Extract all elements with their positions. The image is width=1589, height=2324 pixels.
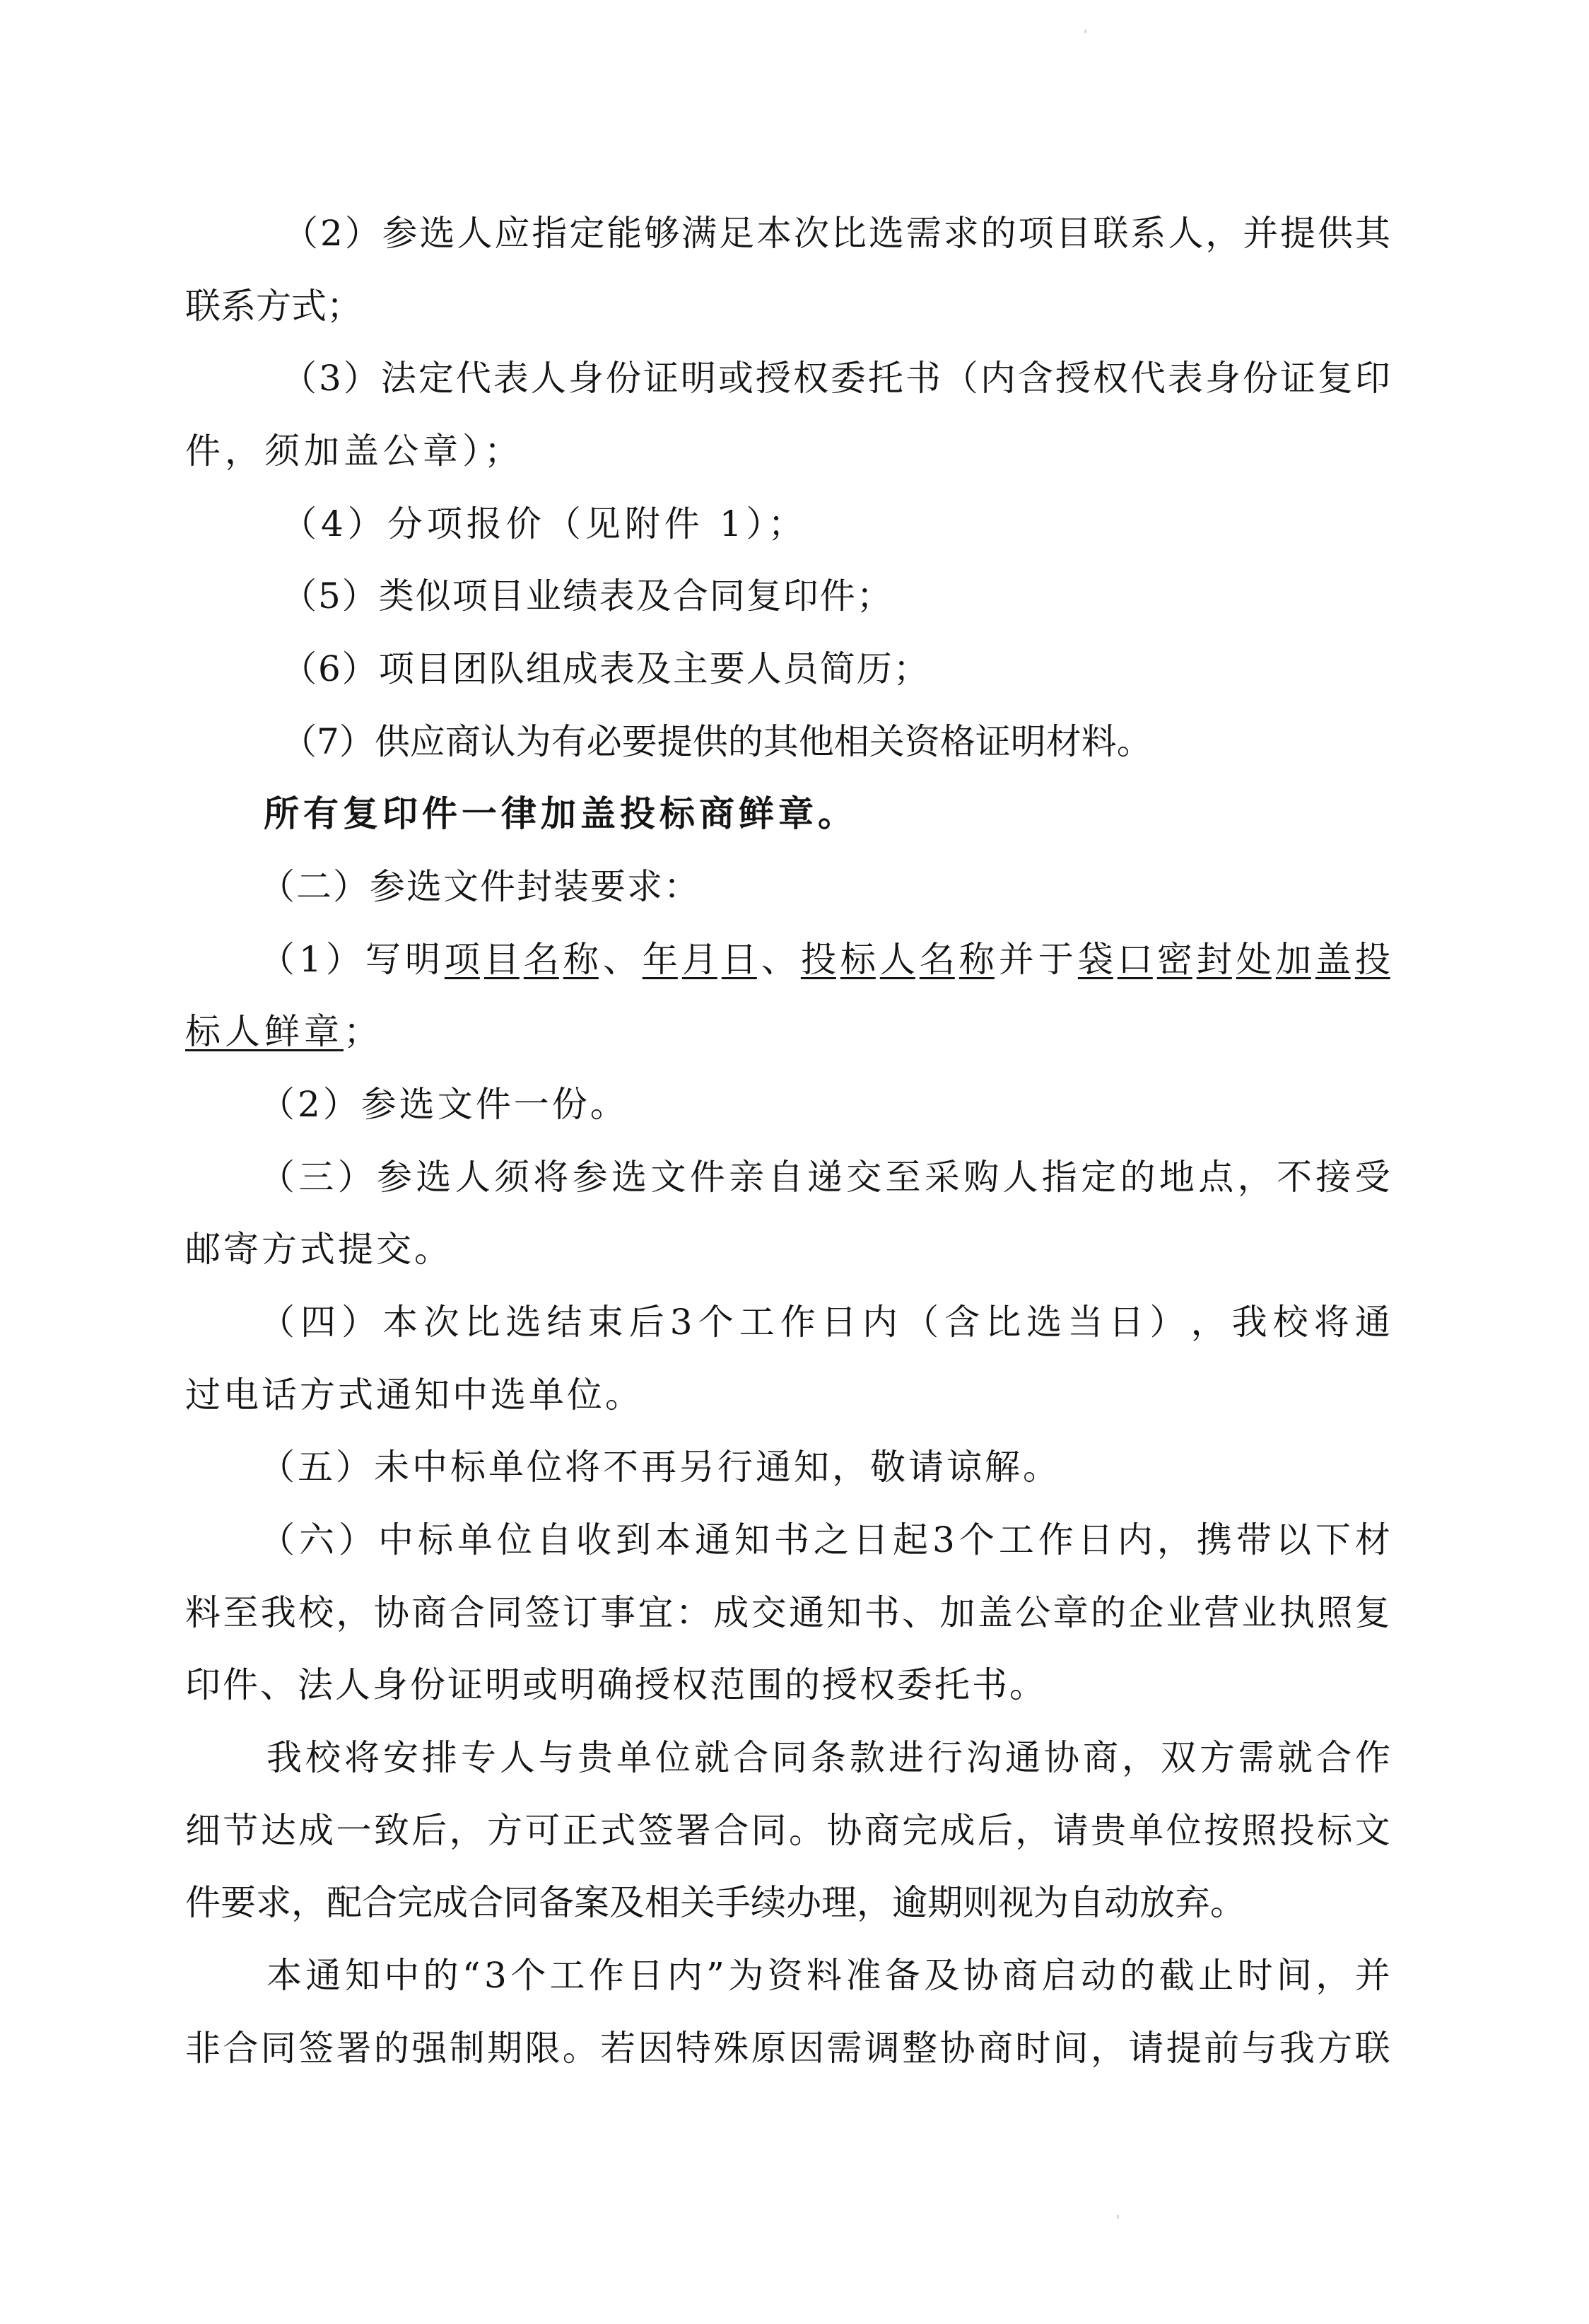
glyph: ） (1150, 1297, 1185, 1347)
glyph: 3 (932, 1515, 955, 1565)
glyph: （ (259, 1297, 295, 1347)
glyph: 工 (739, 1297, 775, 1347)
glyph: 工 (999, 1515, 1034, 1565)
glyph: 标 (418, 1515, 453, 1565)
glyph: 将 (344, 1733, 380, 1782)
glyph: 联 (1355, 2024, 1390, 2073)
glyph: 的 (1120, 1951, 1155, 2000)
glyph: 选 (416, 1152, 451, 1202)
glyph: 沟 (966, 1733, 1002, 1782)
glyph: ） (341, 1297, 377, 1347)
glyph: 可 (524, 1806, 560, 1855)
glyph: 提 (1280, 209, 1315, 258)
glyph: 求 (944, 209, 979, 258)
text: ； (344, 1011, 383, 1052)
glyph: 营 (1204, 1588, 1239, 1637)
glyph: 个 (698, 1297, 734, 1347)
glyph: 协 (374, 1588, 409, 1637)
glyph: 一 (336, 1806, 372, 1855)
glyph: 通 (695, 1515, 730, 1565)
item-2-contact-person: （2）参选人应指定能够满足本次比选需求的项目联系人，并提供其 (283, 209, 1390, 258)
glyph: 双 (1161, 1733, 1196, 1782)
glyph: 的 (374, 2024, 409, 2073)
stamp-requirement-note: 所有复印件一律加盖投标商鲜章。 (264, 789, 857, 839)
glyph: 于 (1038, 935, 1074, 984)
glyph: 本 (382, 1297, 418, 1347)
glyph: 协 (963, 1951, 999, 2000)
glyph: 方 (1317, 2024, 1352, 2073)
glyph: 制 (450, 2024, 485, 2073)
glyph: 与 (1242, 2024, 1277, 2073)
glyph: 若 (600, 2024, 635, 2073)
glyph: 启 (1041, 1951, 1077, 2000)
glyph: 接 (1315, 1152, 1351, 1202)
glyph: 、 (902, 1588, 937, 1637)
contract-negotiation-para: 我校将安排专人与贵单位就合同条款进行沟通协商，双方需就合作 (266, 1733, 1390, 1782)
glyph: 并 (1355, 1951, 1390, 2000)
glyph: 截 (1159, 1951, 1195, 2000)
glyph: 或 (718, 354, 754, 403)
glyph: 日 (853, 1515, 889, 1565)
glyph: 协 (1044, 1733, 1079, 1782)
glyph: 工 (550, 1951, 585, 2000)
glyph: ， (1157, 1515, 1192, 1565)
glyph: 方 (487, 1806, 522, 1855)
glyph: 选 (611, 1152, 647, 1202)
glyph: 至 (886, 1152, 921, 1202)
glyph: 达 (261, 1806, 296, 1855)
glyph: 后 (978, 1806, 1013, 1855)
glyph: 选 (869, 209, 904, 258)
glyph: 通 (305, 1951, 341, 2000)
glyph: （ (259, 935, 295, 984)
glyph: 原 (751, 2024, 787, 2073)
glyph: 材 (1355, 1515, 1390, 1565)
glyph: 本 (266, 1951, 302, 2000)
glyph: 足 (719, 209, 754, 258)
section-6-winning-bidder-cont-2: 印件、法人身份证明或明确授权范围的授权委托书。 (185, 1660, 1047, 1710)
glyph: 人 (455, 1152, 491, 1202)
glyph: 亲 (729, 1152, 764, 1202)
glyph: 业 (1242, 1588, 1277, 1637)
glyph: 协 (940, 2024, 975, 2073)
glyph: 参 (377, 1152, 412, 1202)
glyph: 带 (1236, 1515, 1272, 1565)
glyph: ， (336, 1588, 372, 1637)
glyph: 含 (1018, 354, 1053, 403)
glyph: 我 (1232, 1297, 1267, 1347)
underlined-glyph: 日 (722, 935, 757, 984)
glyph: 安 (383, 1733, 418, 1782)
glyph: 合 (450, 1588, 485, 1637)
glyph: 个 (510, 1951, 546, 2000)
glyph: 人 (500, 1733, 535, 1782)
glyph: 单 (1128, 1806, 1163, 1855)
glyph: 通 (1005, 1733, 1040, 1782)
glyph: 代 (456, 354, 491, 403)
underlined-glyph: 称 (563, 935, 599, 984)
underlined-glyph: 标 (840, 935, 876, 984)
glyph: 并 (1243, 209, 1278, 258)
section-3-delivery: （三）参选人须将参选文件亲自递交至采购人指定的地点，不接受 (259, 1152, 1390, 1202)
glyph: 完 (902, 1806, 937, 1855)
glyph: ， (1122, 1733, 1157, 1782)
glyph: 日 (821, 1297, 857, 1347)
glyph: 为 (728, 1951, 763, 2000)
glyph: 期 (487, 2024, 522, 2073)
glyph: 1 (299, 935, 322, 984)
glyph: 止 (1198, 1951, 1233, 2000)
glyph: 特 (676, 2024, 711, 2073)
glyph: 作 (780, 1297, 816, 1347)
section-4-notification: （四）本次比选结束后3个工作日内（含比选当日），我校将通 (259, 1297, 1390, 1347)
glyph: 盖 (978, 1588, 1013, 1637)
glyph: 内 (980, 354, 1016, 403)
glyph: 正 (563, 1806, 598, 1855)
glyph: 定 (418, 354, 454, 403)
glyph: 行 (927, 1733, 963, 1782)
glyph: 次 (423, 1297, 459, 1347)
underlined-glyph: 投 (801, 935, 836, 984)
glyph: 校 (298, 1588, 334, 1637)
glyph: ） (338, 1152, 373, 1202)
glyph: 3 (319, 354, 341, 403)
glyph: 照 (1242, 1806, 1277, 1855)
scan-speck (1117, 2215, 1119, 2219)
glyph: 调 (864, 2024, 900, 2073)
glyph: 须 (494, 1152, 529, 1202)
glyph: 知 (345, 1951, 380, 2000)
underlined-glyph: 封 (1197, 935, 1232, 984)
glyph: 企 (1128, 1588, 1163, 1637)
glyph: 起 (893, 1515, 928, 1565)
glyph: 证 (643, 354, 679, 403)
glyph: 并 (999, 935, 1034, 984)
underlined-glyph: 投 (1355, 935, 1390, 984)
glyph: 细 (185, 1806, 221, 1855)
glyph: 式 (600, 1806, 635, 1855)
underlined-glyph: 名 (524, 935, 559, 984)
glyph: 不 (1277, 1152, 1312, 1202)
glyph: 条 (811, 1733, 846, 1782)
glyph: 供 (1318, 209, 1353, 258)
underlined-text: 标人鲜章 (185, 1011, 344, 1052)
glyph: 成 (940, 1806, 975, 1855)
glyph: 法 (381, 354, 416, 403)
glyph: ） (344, 354, 379, 403)
packaging-item-1-cont: 标人鲜章； (185, 1007, 383, 1056)
glyph: 份 (606, 354, 641, 403)
item-4-pricing: （4）分项报价（见附件 1）； (281, 499, 808, 549)
glyph: 参 (382, 209, 418, 258)
glyph: 我 (1279, 2024, 1315, 2073)
glyph: 比 (985, 1297, 1021, 1347)
glyph: 成 (298, 1806, 334, 1855)
glyph: 当 (1067, 1297, 1103, 1347)
glyph: 的 (1091, 1588, 1126, 1637)
glyph: 文 (1355, 1806, 1390, 1855)
glyph: 事 (600, 1588, 635, 1637)
glyph: 就 (1277, 1733, 1313, 1782)
glyph: 节 (223, 1806, 258, 1855)
glyph: 料 (185, 1588, 221, 1637)
glyph: 签 (638, 1806, 674, 1855)
glyph: 明 (681, 354, 716, 403)
glyph: 2 (320, 209, 343, 258)
underlined-glyph: 盖 (1315, 935, 1351, 984)
glyph: 同 (772, 1733, 807, 1782)
glyph: 内 (667, 1951, 703, 2000)
glyph: 需 (1238, 1733, 1274, 1782)
glyph: ， (1091, 2024, 1126, 2073)
glyph: 准 (845, 1951, 881, 2000)
glyph: 选 (505, 1297, 541, 1347)
glyph: 提 (1166, 2024, 1202, 2073)
glyph: 选 (1026, 1297, 1062, 1347)
glyph: 自 (768, 1152, 803, 1202)
glyph: “ (462, 1951, 481, 2000)
glyph: 同 (487, 1588, 522, 1637)
glyph: 授 (756, 354, 791, 403)
glyph: 下 (1315, 1515, 1351, 1565)
glyph: 本 (756, 209, 792, 258)
glyph: 日 (628, 1951, 663, 2000)
glyph: 同 (751, 1806, 787, 1855)
glyph: 作 (589, 1951, 624, 2000)
item-3-legal-rep: （3）法定代表人身份证明或授权委托书（内含授权代表身份证复印 (281, 354, 1390, 403)
glyph: 订 (563, 1588, 598, 1637)
glyph: 进 (889, 1733, 924, 1782)
glyph: ， (450, 1806, 485, 1855)
glyph: 按 (1204, 1806, 1239, 1855)
glyph: 受 (1355, 1152, 1390, 1202)
glyph: ） (326, 935, 361, 984)
glyph: 3 (670, 1297, 693, 1347)
glyph: 前 (1204, 2024, 1239, 2073)
glyph: （ (903, 1297, 939, 1347)
glyph: 次 (794, 209, 829, 258)
glyph: 将 (533, 1152, 568, 1202)
glyph: 知 (734, 1515, 770, 1565)
underlined-glyph: 年 (643, 935, 678, 984)
glyph: 位 (655, 1733, 691, 1782)
glyph: ） (345, 209, 380, 258)
glyph: 到 (616, 1515, 651, 1565)
glyph: 人 (1168, 209, 1203, 258)
glyph: 强 (411, 2024, 447, 2073)
glyph: 中 (384, 1951, 419, 2000)
glyph: 身 (568, 354, 604, 403)
glyph: 及 (924, 1951, 959, 2000)
glyph: 宜 (638, 1588, 674, 1637)
glyph: 其 (1355, 209, 1390, 258)
glyph: 后 (629, 1297, 664, 1347)
glyph: 非 (185, 2024, 221, 2073)
glyph: 购 (963, 1152, 999, 1202)
glyph: 文 (650, 1152, 686, 1202)
glyph: 、 (603, 935, 638, 984)
glyph: 采 (925, 1152, 960, 1202)
glyph: 的 (981, 209, 1016, 258)
glyph: 署 (676, 1806, 711, 1855)
glyph: 份 (1243, 354, 1278, 403)
glyph: 人 (531, 354, 566, 403)
section-6-winning-bidder: （六）中标单位自收到本通知书之日起3个工作日内，携带以下材 (259, 1515, 1390, 1565)
glyph: 能 (606, 209, 642, 258)
glyph: 地 (1159, 1152, 1195, 1202)
glyph: （ (943, 354, 978, 403)
glyph: 的 (423, 1951, 459, 2000)
item-6-team: （6）项目团队组成表及主要人员简历； (281, 644, 930, 694)
deadline-clarification-para: 本通知中的“3个工作日内”为资料准备及协商启动的截止时间，并 (266, 1951, 1390, 2000)
underlined-glyph: 目 (484, 935, 520, 984)
scan-speck (1084, 30, 1086, 33)
underlined-glyph: 称 (959, 935, 995, 984)
glyph: 定 (1081, 1152, 1116, 1202)
glyph: 校 (305, 1733, 341, 1782)
item-5-performance: （5）类似项目业绩表及合同复印件； (281, 571, 893, 621)
glyph: 商 (411, 1588, 447, 1637)
glyph: 身 (1205, 354, 1241, 403)
section-5-unsuccessful: （五）未中标单位将不再另行通知，敬请谅解。 (259, 1442, 1061, 1492)
glyph: 单 (457, 1515, 493, 1565)
glyph: 比 (831, 209, 867, 258)
glyph: 参 (573, 1152, 608, 1202)
glyph: 合 (733, 1733, 768, 1782)
glyph: 六 (299, 1515, 334, 1565)
glyph: 成 (713, 1588, 749, 1637)
glyph: 间 (1053, 2024, 1089, 2073)
glyph: 交 (846, 1152, 881, 1202)
glyph: 复 (1355, 1588, 1390, 1637)
packaging-item-1: （1）写明项目名称、年月日、投标人名称并于袋口密封处加盖投 (259, 935, 1390, 984)
glyph: 校 (1273, 1297, 1308, 1347)
glyph: 件 (690, 1152, 725, 1202)
packaging-item-2: （2）参选文件一份。 (259, 1080, 628, 1129)
glyph: 人 (1003, 1152, 1038, 1202)
glyph: 合 (223, 2024, 258, 2073)
glyph: 作 (1355, 1733, 1390, 1782)
glyph: 书 (905, 354, 941, 403)
glyph: 作 (1038, 1515, 1074, 1565)
glyph: 通 (1355, 1297, 1390, 1347)
glyph: 人 (457, 209, 493, 258)
glyph: 够 (644, 209, 679, 258)
glyph: 签 (524, 1588, 560, 1637)
glyph: 需 (826, 2024, 862, 2073)
glyph: 定 (569, 209, 604, 258)
underlined-glyph: 加 (1276, 935, 1311, 984)
glyph: 表 (493, 354, 529, 403)
glyph: 签 (298, 2024, 334, 2073)
glyph: ， (1015, 1806, 1050, 1855)
glyph: 写 (365, 935, 401, 984)
glyph: 代 (1130, 354, 1166, 403)
glyph: 时 (1238, 1951, 1273, 2000)
section-6-winning-bidder-cont-1: 料至我校，协商合同签订事宜：成交通知书、加盖公章的企业营业执照复 (185, 1588, 1390, 1637)
glyph: 指 (1042, 1152, 1077, 1202)
glyph: 时 (1015, 2024, 1050, 2073)
glyph: 至 (223, 1588, 258, 1637)
glyph: 需 (906, 209, 942, 258)
glyph: 章 (1053, 1588, 1089, 1637)
glyph: 日 (1108, 1297, 1144, 1347)
glyph: （ (281, 354, 317, 403)
glyph: 加 (940, 1588, 975, 1637)
glyph: 中 (378, 1515, 414, 1565)
underlined-glyph: 处 (1236, 935, 1272, 984)
glyph: 执 (1279, 1588, 1315, 1637)
glyph: 复 (1318, 354, 1353, 403)
document-page: （2）参选人应指定能够满足本次比选需求的项目联系人，并提供其 联系方式； （3）… (0, 0, 1589, 2324)
glyph: 含 (944, 1297, 980, 1347)
glyph: 表 (1168, 354, 1203, 403)
glyph: 因 (638, 2024, 674, 2073)
glyph: 以 (1276, 1515, 1311, 1565)
glyph: 系 (1130, 209, 1166, 258)
glyph: 业 (1166, 1588, 1202, 1637)
deadline-clarification-para-cont: 非合同签署的强制期限。若因特殊原因需调整协商时间，请提前与我方联 (185, 2024, 1390, 2073)
section-4-notification-cont: 过电话方式通知中选单位。 (185, 1370, 643, 1420)
glyph: 料 (807, 1951, 842, 2000)
glyph: 携 (1197, 1515, 1232, 1565)
glyph: ， (1191, 1297, 1226, 1347)
glyph: 指 (532, 209, 567, 258)
glyph: 标 (1317, 1806, 1352, 1855)
contract-negotiation-para-cont-2: 件要求，配合完成合同备案及相关手续办理，逾期则视为自动放弃。 (185, 1878, 1245, 1927)
glyph: 请 (1053, 1806, 1089, 1855)
glyph: ， (1238, 1152, 1273, 1202)
glyph: 款 (850, 1733, 885, 1782)
glyph: 个 (959, 1515, 995, 1565)
glyph: 将 (1314, 1297, 1349, 1347)
glyph: 书 (864, 1588, 900, 1637)
glyph: 、 (761, 935, 797, 984)
glyph: 与 (539, 1733, 574, 1782)
underlined-glyph: 密 (1157, 935, 1192, 984)
glyph: 同 (261, 2024, 296, 2073)
glyph: 协 (826, 1806, 862, 1855)
glyph: 我 (266, 1733, 302, 1782)
glyph: 本 (655, 1515, 691, 1565)
glyph: 证 (1280, 354, 1315, 403)
glyph: 投 (1279, 1806, 1315, 1855)
underlined-glyph: 名 (920, 935, 955, 984)
item-7-other-materials: （7）供应商认为有必要提供的其他相关资格证明材料。 (281, 717, 1152, 766)
glyph: ： (676, 1588, 711, 1637)
glyph: 权 (793, 354, 828, 403)
underlined-glyph: 月 (682, 935, 717, 984)
glyph: 托 (868, 354, 903, 403)
glyph: 目 (1056, 209, 1091, 258)
underlined-glyph: 项 (445, 935, 480, 984)
glyph: 3 (484, 1951, 507, 2000)
glyph: 委 (831, 354, 866, 403)
glyph: 日 (1078, 1515, 1113, 1565)
glyph: 商 (864, 1806, 900, 1855)
glyph: 三 (298, 1152, 334, 1202)
glyph: 结 (547, 1297, 582, 1347)
glyph: （ (283, 209, 318, 258)
glyph: 应 (494, 209, 529, 258)
glyph: 动 (1081, 1951, 1116, 2000)
glyph: 商 (1002, 1951, 1038, 2000)
contract-negotiation-para-cont-1: 细节达成一致后，方可正式签署合同。协商完成后，请贵单位按照投标文 (185, 1806, 1390, 1855)
glyph: 单 (616, 1733, 652, 1782)
glyph: 点 (1198, 1152, 1233, 1202)
glyph: 选 (420, 209, 455, 258)
glyph: 权 (1093, 354, 1128, 403)
